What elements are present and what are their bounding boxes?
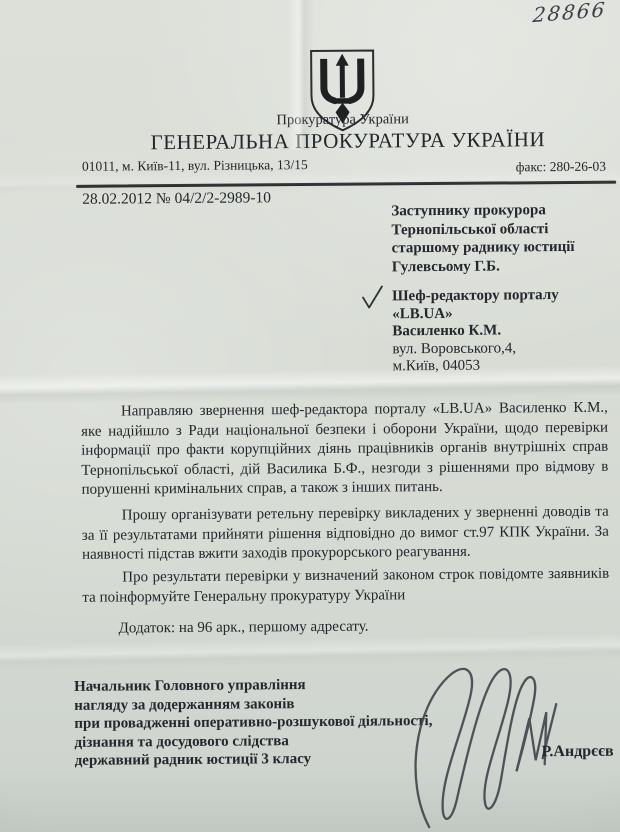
photo-vignette xyxy=(0,0,620,832)
scanned-letter-photo: 28866 Прокуратура України ГЕНЕРАЛЬНА ПРО… xyxy=(0,0,620,832)
